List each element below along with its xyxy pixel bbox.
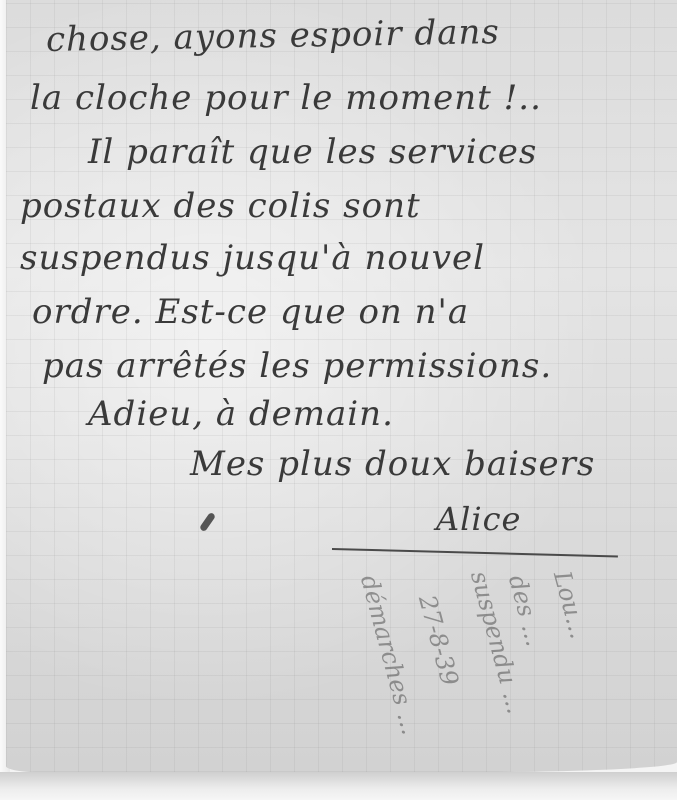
letter-line: pas arrêtés les permissions. <box>42 346 552 386</box>
letter-line: suspendus jusqu'à nouvel <box>20 238 485 278</box>
signature: Alice <box>436 500 521 538</box>
letter-closing: Mes plus doux baisers <box>190 444 595 484</box>
letter-line: la cloche pour le moment !.. <box>30 78 542 118</box>
letter-line: Il paraît que les services <box>88 132 537 172</box>
letter-line: chose, ayons espoir dans <box>46 12 500 60</box>
letter-line: postaux des colis sont <box>20 186 421 226</box>
letter-line: ordre. Est-ce que on n'a <box>32 292 469 332</box>
table-surface <box>0 772 677 800</box>
letter-closing: Adieu, à demain. <box>88 394 394 434</box>
